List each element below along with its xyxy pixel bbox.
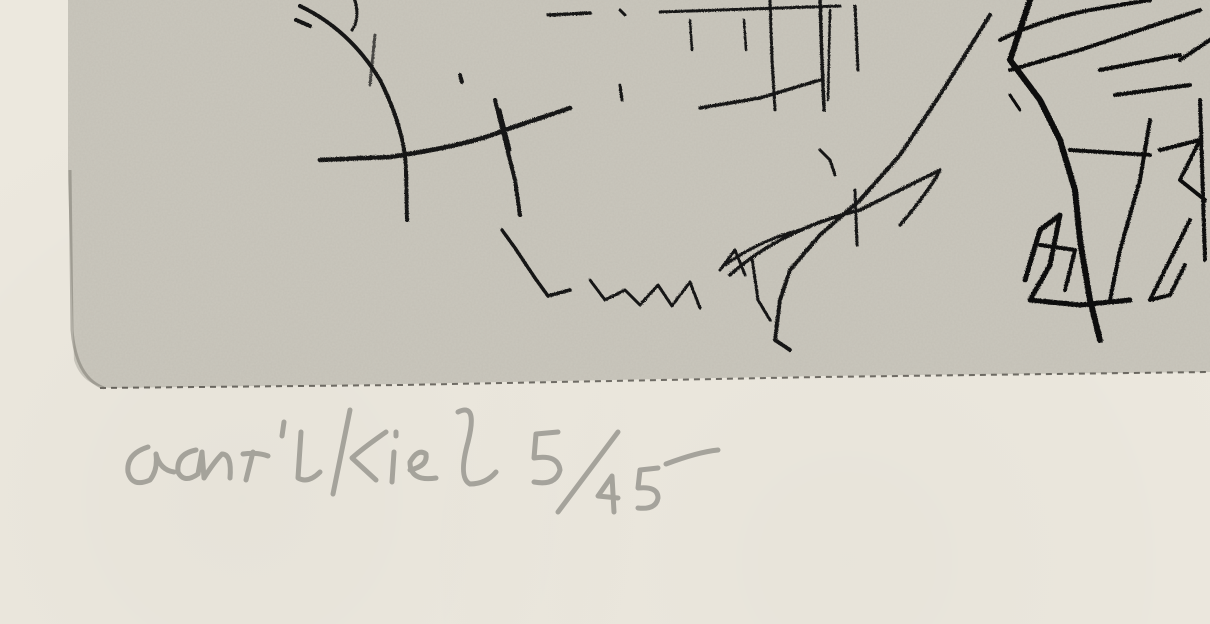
pencil-signature	[118, 392, 1098, 522]
etched-plate	[0, 0, 1210, 395]
etching-print: oanit kiel 5/45	[0, 0, 1210, 624]
